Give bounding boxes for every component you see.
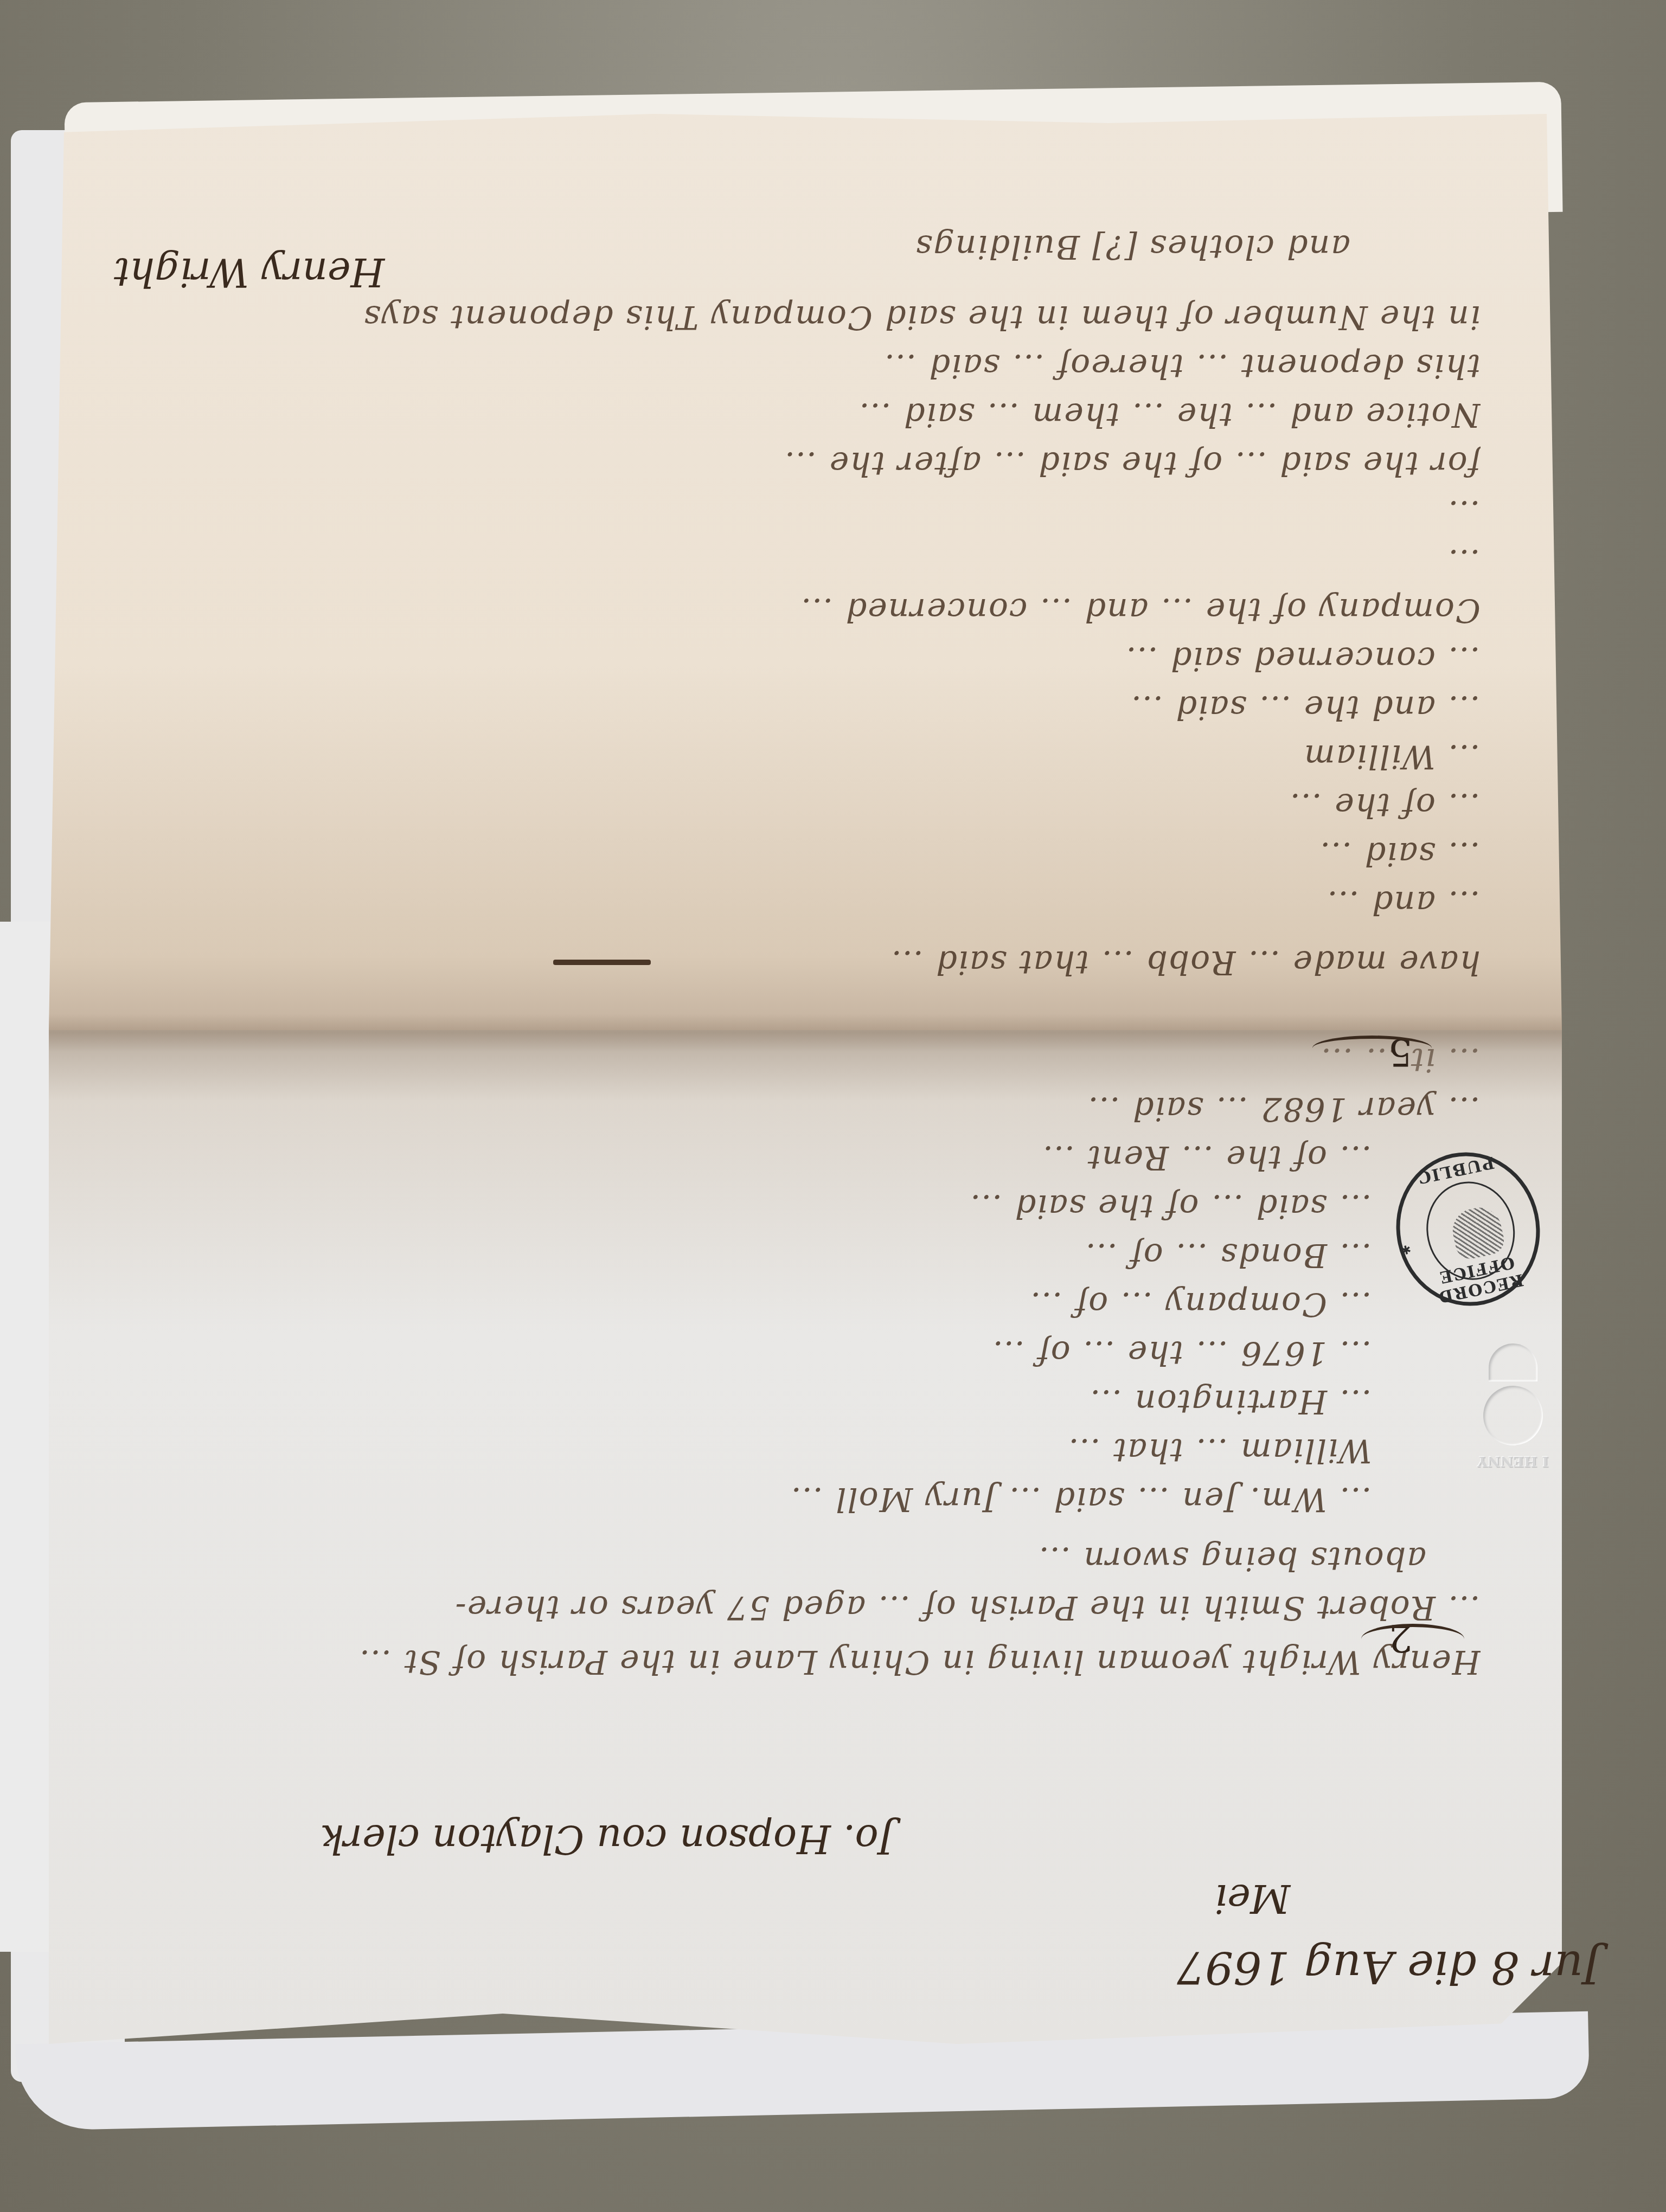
script-line: Company of the … and … concerned … — [125, 586, 1481, 634]
script-line: … William — [125, 732, 1481, 781]
script-line: … Bonds … of … — [125, 1231, 1372, 1279]
script-line: … Robert Smith in the Parish of … aged 5… — [125, 1583, 1481, 1632]
ink-strike — [553, 960, 651, 965]
emboss-label: I HENNY — [1472, 1453, 1554, 1469]
clerk-note: Jo. Hopson cou Clayton clerk — [320, 1816, 894, 1862]
crown-base-icon — [1489, 1343, 1537, 1381]
script-line: have made … Robb … that said … — [125, 938, 1481, 987]
script-line: … and … — [125, 878, 1481, 927]
script-line: … concerned said … — [125, 634, 1481, 683]
script-line: … and the … said … — [125, 683, 1481, 732]
script-line: … year 1682 … said … — [125, 1084, 1481, 1133]
jurat-date: Jur 8 die Aug 1697 — [1177, 1941, 1601, 1992]
script-line: … 1676 … the … of … — [125, 1328, 1372, 1377]
jurat-mark: Mei — [1215, 1876, 1290, 1921]
script-line: William … that … — [125, 1426, 1372, 1475]
script-line: … Hartington … — [125, 1377, 1372, 1426]
embossed-seal: I HENNY — [1472, 1339, 1554, 1469]
script-line: … of the … — [125, 781, 1481, 829]
margin-bracket — [1361, 1624, 1464, 1654]
signature: Henry Wright — [114, 249, 385, 295]
manuscript-page: Henry Wright and clothes [?] Buildings i… — [49, 114, 1562, 2044]
script-line: Henry Wright yeoman living in Chiny Lane… — [125, 1637, 1481, 1686]
script-line: … of the … Rent … — [125, 1133, 1372, 1182]
script-line: this deponent … thereof … said … — [125, 342, 1481, 390]
script-line: and clothes [?] Buildings — [672, 222, 1350, 271]
script-line: in the Number of them in the said Compan… — [125, 293, 1481, 342]
script-line: abouts being sworn … — [125, 1534, 1426, 1583]
script-line: … — [125, 537, 1481, 586]
script-line: … said … of the said … — [125, 1182, 1372, 1231]
tudor-rose-icon — [1483, 1386, 1543, 1445]
script-line: … said … — [125, 829, 1481, 878]
star-icon: ✱ — [1400, 1242, 1412, 1257]
margin-bracket — [1312, 1036, 1432, 1060]
script-line: … it … … — [125, 1036, 1481, 1084]
script-line: … — [125, 488, 1481, 537]
script-line: for the said … of the said … after the … — [125, 439, 1481, 488]
script-line: … Company … of … — [125, 1279, 1372, 1328]
script-line: … Wm. Jen … said … Jury Moll … — [125, 1475, 1372, 1523]
script-line: Notice and … the … them … said … — [125, 390, 1481, 439]
